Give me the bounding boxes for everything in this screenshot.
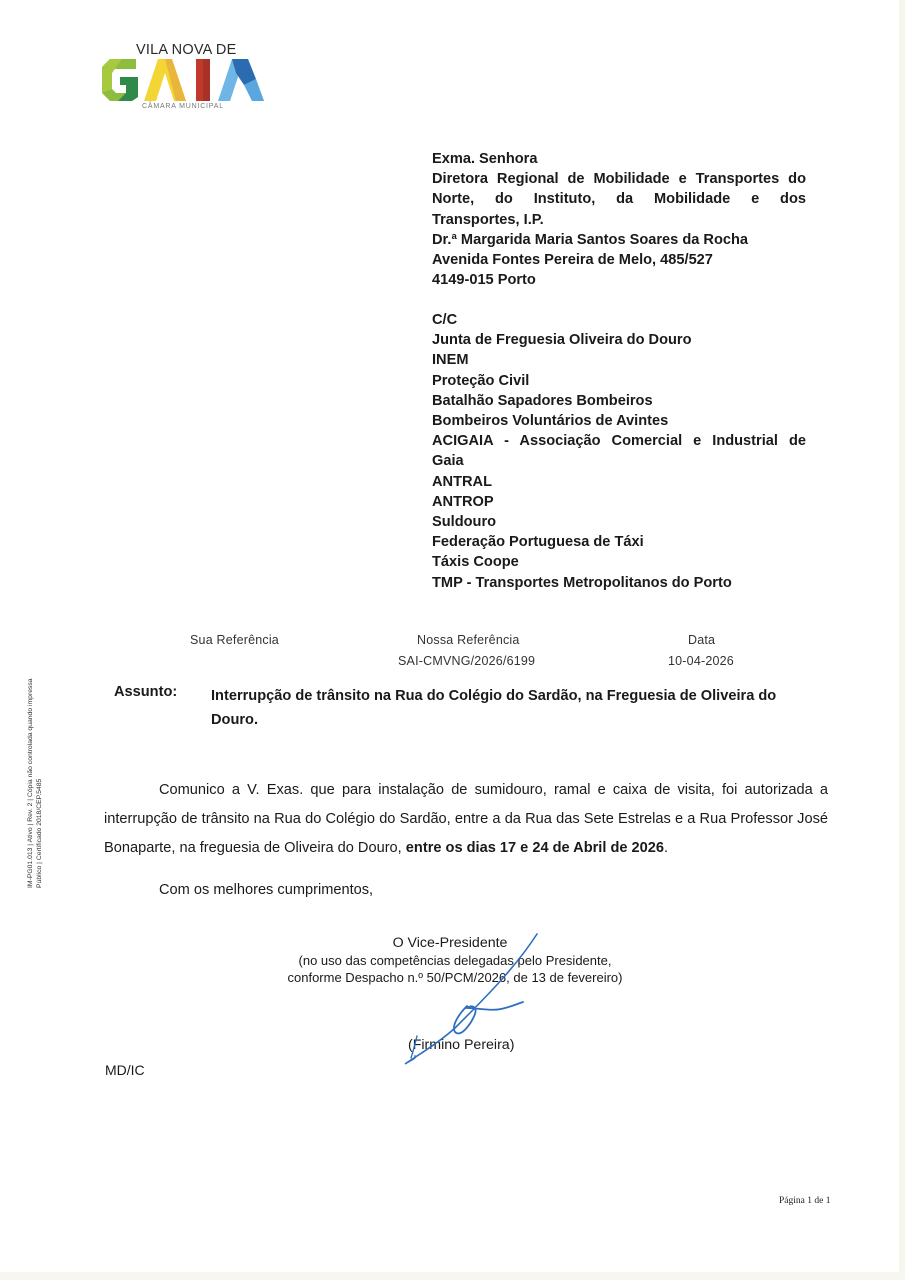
addressee-title-line: Diretora Regional de Mobilidade e Transp… [432,169,806,189]
subject-text: Interrupção de trânsito na Rua do Colégi… [211,684,821,732]
cc-recipient: ANTROP [432,492,806,512]
cc-recipient: ACIGAIA - Associação Comercial e Industr… [432,431,806,451]
side-note-line: Público | Certificado 2018/CEP.5485 [35,678,44,888]
delegation-line: (no uso das competências delegadas pelo … [5,952,905,969]
cc-recipient: ANTRAL [432,472,806,492]
body-text-dates: entre os dias 17 e 24 de Abril de 2026 [406,840,664,856]
cc-recipient: Gaia [432,451,806,471]
delegation-line: conforme Despacho n.º 50/PCM/2026, de 13… [5,969,905,986]
signatory-role: O Vice-Presidente [5,934,905,952]
cc-recipient: Proteção Civil [432,371,806,391]
cc-recipient: Junta de Freguesia Oliveira do Douro [432,330,806,350]
cc-label: C/C [432,310,806,330]
subject-label: Assunto: [114,684,177,700]
addressee-name: Dr.ª Margarida Maria Santos Soares da Ro… [432,230,806,250]
cc-recipient: Suldouro [432,512,806,532]
salutation: Exma. Senhora [432,149,806,169]
cc-recipient: Táxis Coope [432,552,806,572]
municipality-logo: VILA NOVA DE CÂMARA MUNICIPAL [100,42,270,114]
nossa-referencia-value: SAI-CMVNG/2026/6199 [398,654,535,668]
addressee-title-line: Transportes, I.P. [432,210,806,230]
closing: Com os melhores cumprimentos, [159,882,373,898]
document-control-note: IM-PG01.013 | Ativo | Rev. 2 | Cópia não… [26,678,44,888]
date-value: 10-04-2026 [668,654,734,668]
addressee-street: Avenida Fontes Pereira de Melo, 485/527 [432,250,806,270]
cc-recipient: INEM [432,350,806,370]
cc-recipient: Federação Portuguesa de Táxi [432,532,806,552]
date-label: Data [688,633,715,647]
addressee-block: Exma. Senhora Diretora Regional de Mobil… [432,149,806,290]
gaia-logo-icon [100,59,268,101]
letter-page: VILA NOVA DE CÂMARA MUNICIPAL Exma. Senh… [0,0,905,1280]
logo-top-text: VILA NOVA DE [136,42,236,58]
sua-referencia-label: Sua Referência [190,633,279,647]
author-initials: MD/IC [105,1062,145,1078]
body-paragraph: Comunico a V. Exas. que para instalação … [104,776,828,863]
cc-block: C/C Junta de Freguesia Oliveira do Douro… [432,310,806,593]
side-note-line: IM-PG01.013 | Ativo | Rev. 2 | Cópia não… [26,678,35,888]
body-text-end: . [664,840,668,856]
addressee-title-line: Norte, do Instituto, da Mobilidade e dos [432,189,806,209]
addressee-city: 4149-015 Porto [432,270,806,290]
logo-bottom-text: CÂMARA MUNICIPAL [142,103,224,110]
signatory-name: (Firmino Pereira) [408,1037,514,1053]
page-number: Página 1 de 1 [779,1196,830,1206]
cc-recipient: Batalhão Sapadores Bombeiros [432,391,806,411]
nossa-referencia-label: Nossa Referência [417,633,520,647]
page-edge [899,0,905,1280]
signatory-block: O Vice-Presidente (no uso das competênci… [0,934,905,986]
page-edge-bottom [0,1272,905,1280]
cc-recipient: Bombeiros Voluntários de Avintes [432,411,806,431]
cc-recipient: TMP - Transportes Metropolitanos do Port… [432,573,806,593]
